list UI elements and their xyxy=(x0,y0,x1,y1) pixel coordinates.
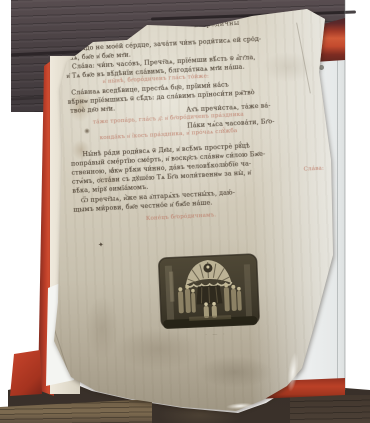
cross-ornament-icon: ✦ xyxy=(194,20,210,28)
text-line: Коне́цъ бг҃оро́дичнамъ. xyxy=(146,212,217,223)
aged-page: ✦Бг҃оро́дичны✦ чи́до не мое́й се́рдце, з… xyxy=(0,0,370,423)
text-line: Сла́ва: xyxy=(303,166,324,174)
text-line: вѣ́ка, мі́рꙋ ѳимїа́момъ. xyxy=(72,184,148,195)
photo-of-antique-book: ✦Бг҃оро́дичны✦ чи́до не мое́й се́рдце, з… xyxy=(0,0,370,423)
aged-page-wrap: ✦Бг҃оро́дичны✦ чи́до не мое́й се́рдце, з… xyxy=(0,0,370,423)
text-block: ✦Бг҃оро́дичны✦ чи́до не мое́й се́рдце, з… xyxy=(64,16,335,239)
section-ornament: ✦ xyxy=(98,241,104,249)
engraving-illustration xyxy=(156,252,261,332)
text-line: чи́до не мое́й се́рдце, зача́ти чи́нъ ро… xyxy=(77,36,262,53)
text-line: конда́къ и҆ і҆́косъ пра́здника, и҆ про́ч… xyxy=(100,128,238,142)
text-line: твоѐ дв҃о мт҃и. xyxy=(70,105,115,114)
stain xyxy=(86,296,118,360)
woodcut-canopy-scene xyxy=(156,252,261,332)
stain xyxy=(198,356,272,388)
